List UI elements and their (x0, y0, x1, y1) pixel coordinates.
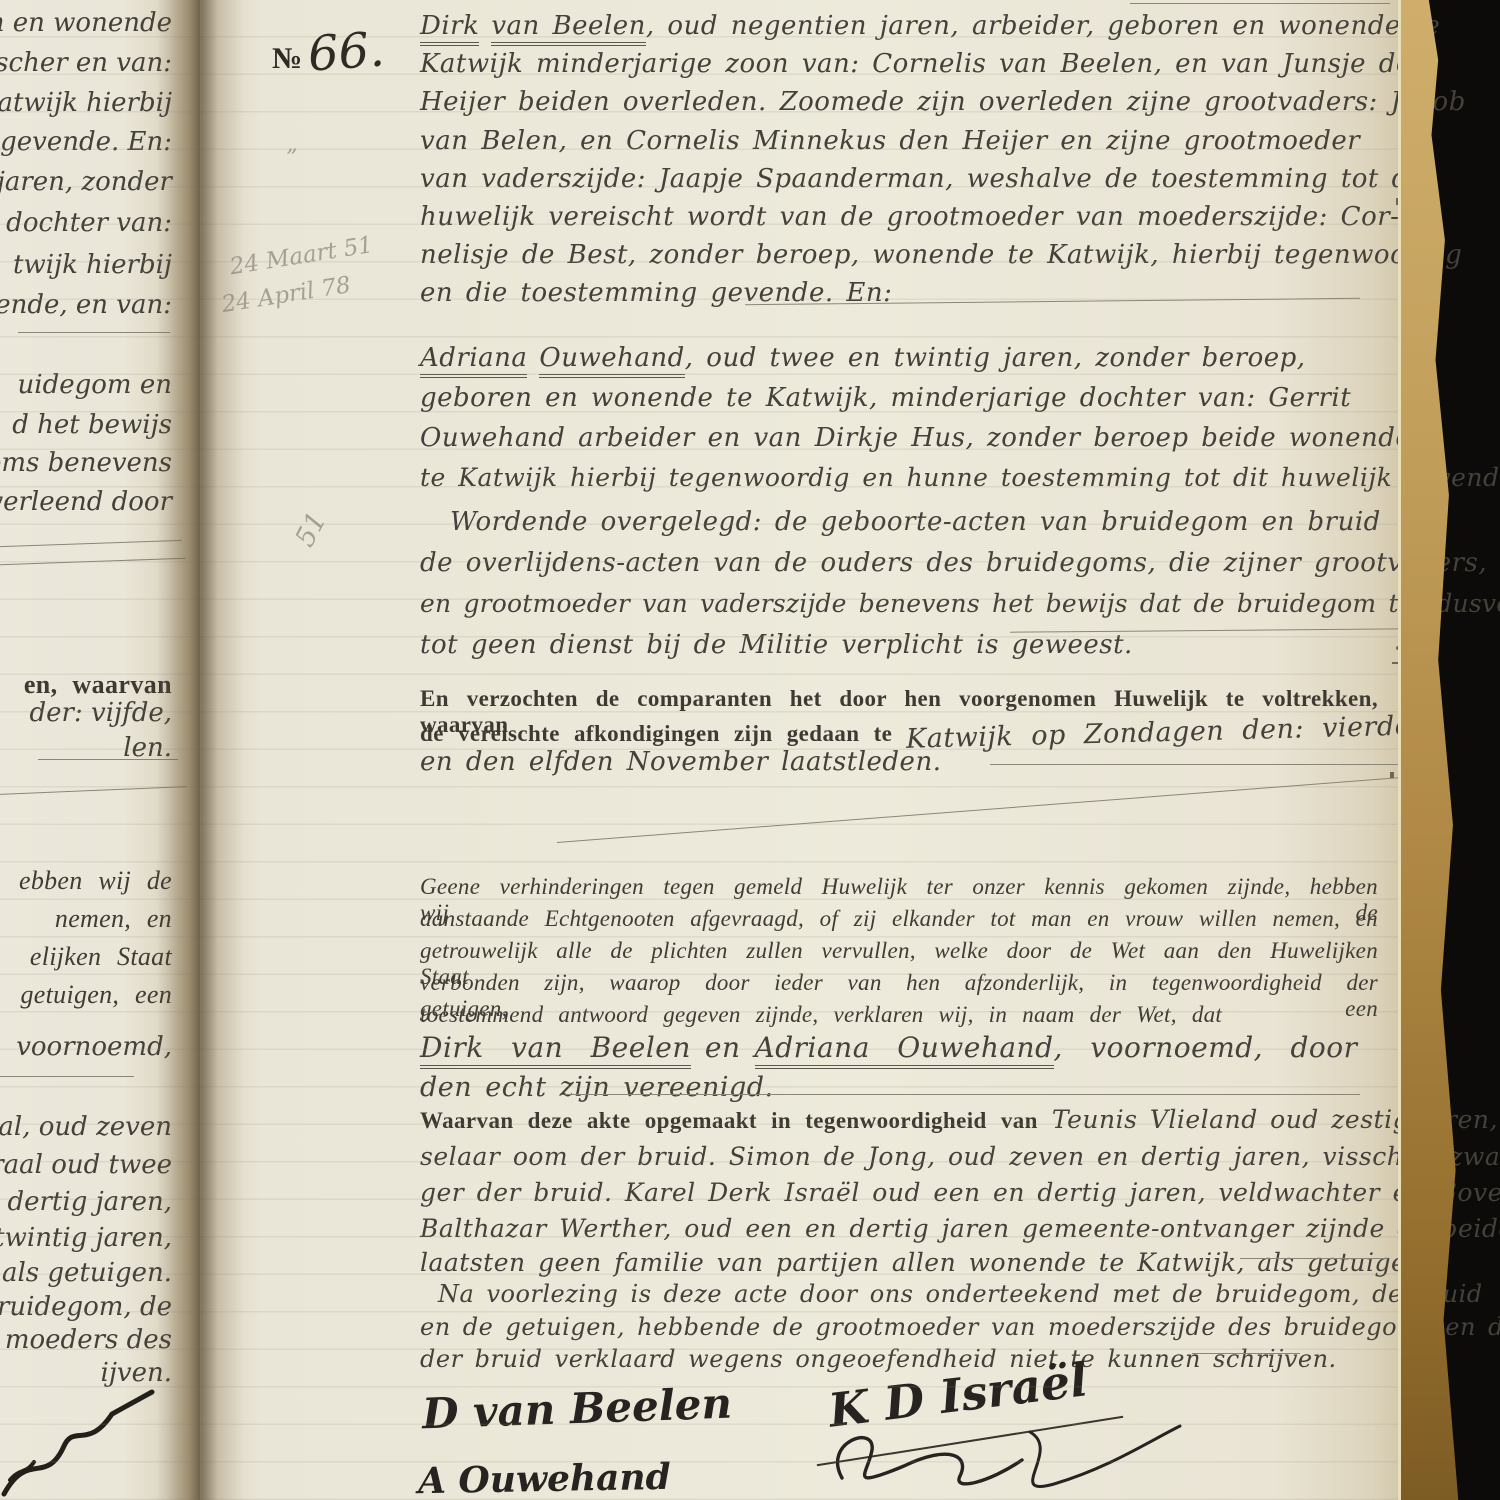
act-number-value: 66. (306, 21, 386, 82)
left-page-line-fragment: raal, oud zeven (0, 1112, 172, 1142)
request-handwritten-place: Katwijk op Zondagen den: vierden (906, 710, 1430, 755)
left-page-line-fragment: bruidegom, de (0, 1292, 172, 1322)
request-handwritten-line: en den elfden November laatstleden. (420, 748, 941, 778)
paragraph-filler-rule (1010, 628, 1408, 632)
left-page-line-fragment: de de moeders des (0, 1325, 172, 1355)
documents-paragraph-line: en grootmoeder van vaderszijde benevens … (420, 590, 1500, 619)
left-page-filler-rule (0, 1076, 134, 1077)
witnesses-line: Balthazar Werther, oud een en dertig jar… (420, 1215, 1500, 1244)
right-page: №66. ” 24 Maart 51 24 April 78 51 Dirkva… (200, 0, 1420, 1500)
left-page-line-fragment: voornoemd, (16, 1032, 172, 1062)
groom-line-text: , oud negentien jaren, arbeider, geboren… (646, 11, 1440, 41)
left-page-printed-fragment: nemen, en (55, 904, 172, 934)
witnesses-line: laatsten geen familie van partijen allen… (420, 1249, 1431, 1278)
left-page-filler-rule (0, 558, 186, 565)
witnesses-printed-lead: Waarvan deze akte opgemaakt in tegenwoor… (420, 1108, 1038, 1133)
left-page-line-fragment: egoms benevens (0, 448, 172, 478)
witnesses-line: ger der bruid. Karel Derk Israël oud een… (420, 1179, 1500, 1208)
paragraph-filler-rule (1240, 1258, 1388, 1259)
left-page-line-fragment: d het bewijs (12, 410, 172, 440)
left-page-line-fragment: verleend door (0, 487, 172, 517)
left-page-filler-rule (38, 759, 178, 760)
signature-groom: D van Beelen (421, 1379, 733, 1439)
vow-line: Dirk van BeelenenAdriana Ouwehand, voorn… (420, 1032, 1358, 1064)
left-page-line-fragment: jaren, zonder (0, 167, 172, 197)
left-page-line-fragment: twijk hierbij (13, 250, 172, 280)
vow-line-text: , voornoemd, door (1054, 1031, 1358, 1064)
left-page-line-fragment: twintig jaren, (0, 1223, 172, 1253)
bride-paragraph-line: geboren en wonende te Katwijk, minderjar… (420, 384, 1351, 414)
documents-paragraph-line: Wordende overgelegd: de geboorte-acten v… (450, 508, 1381, 538)
left-page-line-fragment: raal oud twee (0, 1150, 172, 1180)
declaration-printed-line: aanstaande Echtgenooten afgevraagd, of z… (420, 906, 1378, 932)
margin-number-note: 51 (289, 507, 333, 552)
torn-page-edge (1398, 0, 1465, 1500)
declaration-printed-line: toestemmend antwoord gegeven zijnde, ver… (420, 1002, 1222, 1028)
vow-conjunction: en (705, 1031, 741, 1064)
bride-paragraph-line: te Katwijk hierbij tegenwoordig en hunne… (420, 464, 1500, 493)
left-page-filler-rule (0, 786, 186, 795)
groom-last-name: van Beelen (491, 11, 646, 46)
ink-bleed-mark (1390, 772, 1394, 778)
groom-paragraph-line: Dirkvan Beelen, oud negentien jaren, arb… (420, 12, 1440, 42)
act-number: №66. (272, 24, 385, 80)
closing-line: en de getuigen, hebbende de grootmoeder … (420, 1314, 1500, 1342)
paragraph-filler-rule (990, 764, 1402, 765)
groom-paragraph-line: van vaderszijde: Jaapje Spaanderman, wes… (420, 165, 1429, 195)
left-page-printed-fragment: en, waarvan (24, 670, 172, 700)
left-page: nen en wonende scher en van: Katwijk hie… (0, 0, 200, 1500)
groom-paragraph-line: Katwijk minderjarige zoon van: Cornelis … (420, 50, 1429, 80)
signature-bride: A Ouwehand (418, 1456, 671, 1500)
left-page-printed-fragment: ebben wij de (19, 866, 172, 896)
left-page-line-fragment: der: vijfde, (30, 698, 172, 728)
vow-groom-name: Dirk van Beelen (420, 1031, 691, 1069)
left-page-line-fragment: uidegom en (18, 370, 172, 400)
left-page-line-fragment: ijven. (101, 1358, 172, 1388)
diagonal-filler-rule (557, 777, 1407, 843)
witnesses-line: selaar oom der bruid. Simon de Jong, oud… (420, 1143, 1500, 1172)
registry-book-photo: nen en wonende scher en van: Katwijk hie… (0, 0, 1500, 1500)
illegible-signature-flourish-icon (818, 1420, 1198, 1500)
left-page-line-fragment: k gevende. En: (0, 127, 172, 157)
witnesses-lead-line: Waarvan deze akte opgemaakt in tegenwoor… (420, 1106, 1500, 1136)
groom-first-name: Dirk (420, 11, 479, 46)
paragraph-filler-rule (1192, 1353, 1300, 1354)
request-mixed-line: de vereischte afkondigingen zijn gedaan … (420, 717, 1429, 749)
bride-first-name: Adriana (420, 343, 527, 378)
bride-paragraph-line: Ouwehand arbeider en van Dirkje Hus, zon… (420, 424, 1411, 454)
left-page-printed-fragment: getuigen, een (20, 980, 172, 1010)
groom-paragraph-line: Heijer beiden overleden. Zoomede zijn ov… (420, 88, 1466, 118)
left-page-filler-rule (0, 540, 182, 547)
left-page-filler-rule (18, 332, 170, 333)
groom-paragraph-line: nelisje de Best, zonder beroep, wonende … (420, 241, 1462, 271)
left-page-line-fragment: evende, en van: (0, 290, 172, 320)
left-page-line-fragment: dertig jaren, (7, 1187, 172, 1217)
paragraph-filler-rule (565, 1094, 1360, 1095)
left-page-line-fragment: scher en van: (0, 48, 172, 78)
closing-line: Na voorlezing is deze acte door ons onde… (438, 1281, 1483, 1309)
groom-paragraph-line: huwelijk vereischt wordt van de grootmoe… (420, 203, 1399, 233)
bride-line-text: , oud twee en twintig jaren, zonder bero… (685, 343, 1306, 373)
partial-signature-flourish-icon (0, 1388, 190, 1500)
left-page-printed-fragment: elijken Staat (30, 942, 172, 972)
bride-paragraph-line: AdrianaOuwehand, oud twee en twintig jar… (420, 344, 1306, 374)
left-page-line-fragment: dochter van: (6, 208, 172, 238)
documents-paragraph-line: tot geen dienst bij de Militie verplicht… (420, 631, 1133, 661)
vow-line: den echt zijn vereenigd. (420, 1072, 774, 1103)
left-page-line-fragment: Katwijk hierbij (0, 88, 172, 118)
documents-paragraph-line: de overlijdens-acten van de ouders des b… (420, 549, 1487, 579)
left-page-line-fragment: ijk, als getuigen. (0, 1258, 172, 1288)
vow-bride-name: Adriana Ouwehand (755, 1031, 1054, 1069)
left-page-line-fragment: nen en wonende (0, 8, 172, 38)
request-printed-line: de vereischte afkondigingen zijn gedaan … (420, 721, 892, 746)
groom-paragraph-line: van Belen, en Cornelis Minnekus den Heij… (420, 127, 1360, 157)
margin-date-notes: 24 Maart 51 24 April 78 (227, 227, 381, 321)
ditto-mark: ” (286, 146, 297, 171)
top-remnant-rule (1130, 3, 1390, 4)
bride-last-name: Ouwehand (539, 343, 684, 378)
numero-sign-icon: № (272, 42, 302, 75)
closing-line: der bruid verklaard wegens ongeoefendhei… (420, 1346, 1337, 1374)
